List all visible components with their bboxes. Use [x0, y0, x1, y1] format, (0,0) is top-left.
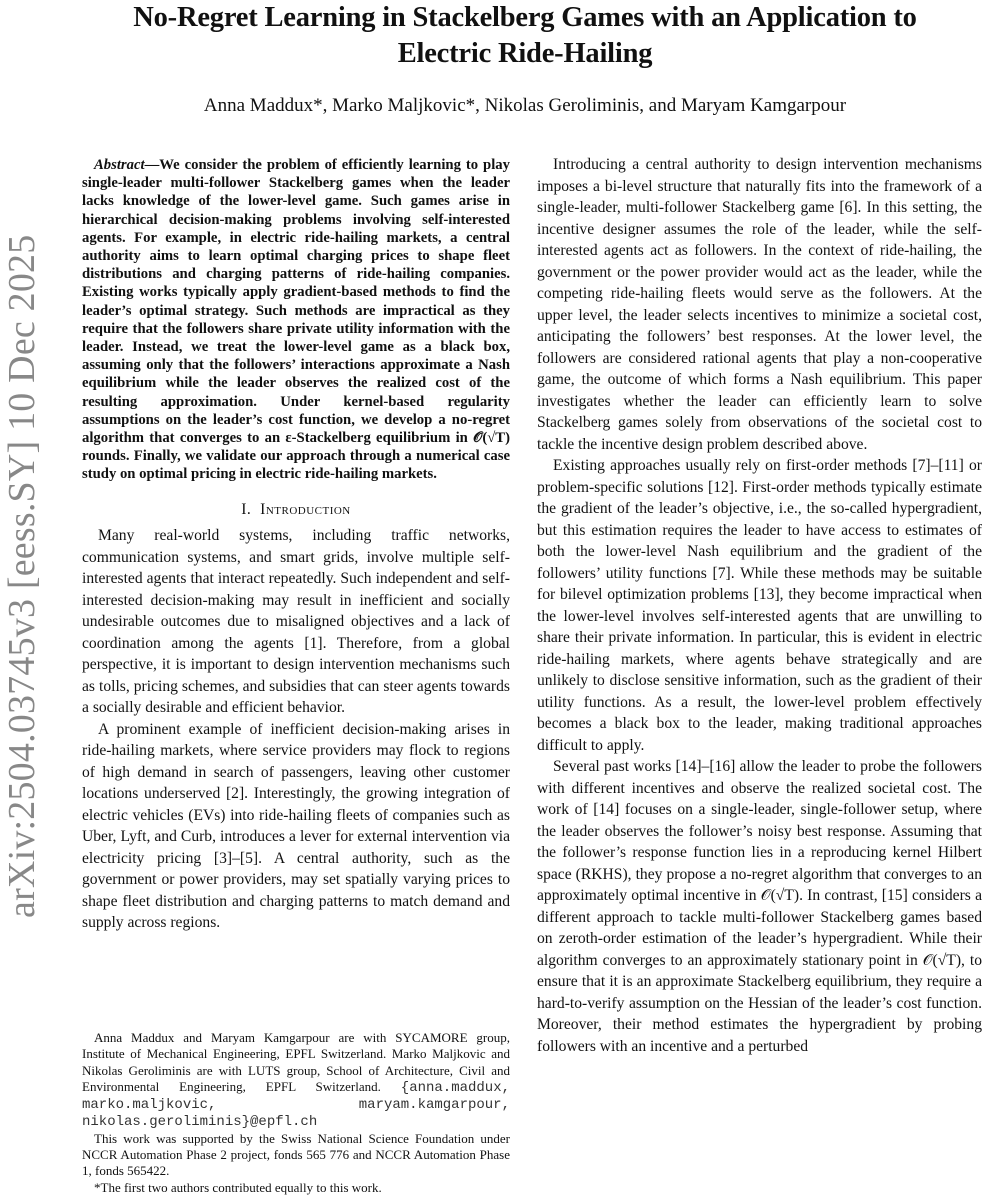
- section-heading-introduction: I. Introduction: [82, 499, 510, 521]
- section-number: I.: [241, 501, 251, 518]
- section-title: Introduction: [260, 501, 351, 518]
- abstract-text: We consider the problem of efficiently l…: [82, 157, 510, 482]
- title-line-2: Electric Ride-Hailing: [60, 36, 982, 72]
- equal-contribution-footnote: *The first two authors contributed equal…: [82, 1180, 510, 1196]
- paragraph: A prominent example of inefficient decis…: [82, 719, 510, 934]
- paragraph: Existing approaches usually rely on firs…: [537, 455, 982, 756]
- paragraph: Several past works [14]–[16] allow the l…: [537, 756, 982, 1057]
- affiliation-footnote: Anna Maddux and Maryam Kamgarpour are wi…: [82, 1030, 510, 1131]
- title-line-1: No-Regret Learning in Stackelberg Games …: [60, 0, 982, 36]
- abstract: Abstract—We consider the problem of effi…: [82, 156, 510, 484]
- paragraph: Introducing a central authority to desig…: [537, 154, 982, 455]
- paragraph: Many real-world systems, including traff…: [82, 525, 510, 719]
- left-column: Abstract—We consider the problem of effi…: [82, 156, 510, 934]
- arxiv-watermark: arXiv:2504.03745v3 [eess.SY] 10 Dec 2025: [2, 235, 42, 918]
- paper-title: No-Regret Learning in Stackelberg Games …: [60, 0, 982, 72]
- right-column: Introducing a central authority to desig…: [537, 154, 982, 1057]
- abstract-label: Abstract: [94, 157, 145, 173]
- author-list: Anna Maddux*, Marko Maljkovic*, Nikolas …: [60, 94, 982, 118]
- abstract-dash: —: [145, 157, 160, 173]
- funding-footnote: This work was supported by the Swiss Nat…: [82, 1131, 510, 1180]
- footnotes: Anna Maddux and Maryam Kamgarpour are wi…: [82, 1030, 510, 1196]
